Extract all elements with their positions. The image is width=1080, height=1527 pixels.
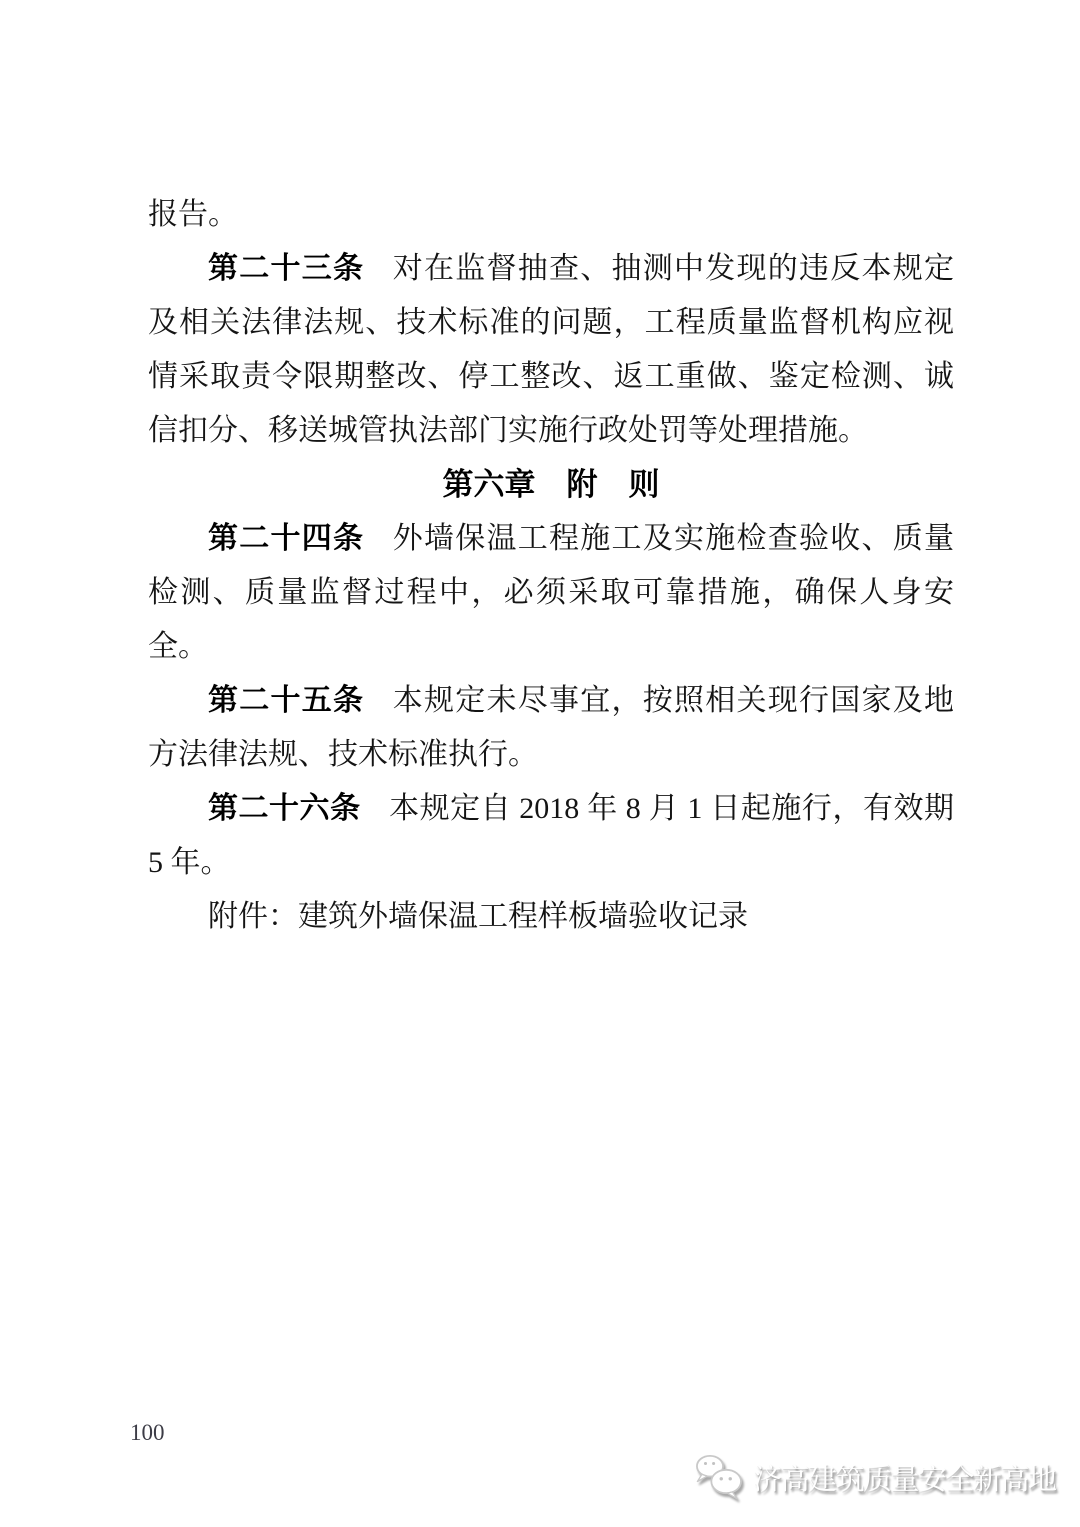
chapter-heading: 第六章 附 则 <box>148 458 954 512</box>
article-25-term: 第二十五条 <box>208 684 364 717</box>
article-23-term: 第二十三条 <box>208 252 364 285</box>
article-26-term: 第二十六条 <box>208 792 361 825</box>
article-23: 第二十三条对在监督抽查、抽测中发现的违反本规定及相关法律法规、技术标准的问题，工… <box>148 242 954 458</box>
article-25: 第二十五条本规定未尽事宜，按照相关现行国家及地方法律法规、技术标准执行。 <box>148 674 954 782</box>
article-26: 第二十六条本规定自 2018 年 8 月 1 日起施行，有效期 5 年。 <box>148 782 954 890</box>
article-24: 第二十四条外墙保温工程施工及实施检查验收、质量检测、质量监督过程中，必须采取可靠… <box>148 512 954 674</box>
document-text-block: 报告。 第二十三条对在监督抽查、抽测中发现的违反本规定及相关法律法规、技术标准的… <box>148 188 954 944</box>
wechat-icon <box>692 1453 746 1501</box>
watermark-text: 济高建筑质量安全新高地 <box>753 1457 1056 1498</box>
article-24-term: 第二十四条 <box>208 522 364 555</box>
paragraph-continuation: 报告。 <box>148 188 954 242</box>
document-page: 报告。 第二十三条对在监督抽查、抽测中发现的违反本规定及相关法律法规、技术标准的… <box>0 0 1080 1527</box>
attachment-line: 附件：建筑外墙保温工程样板墙验收记录 <box>148 890 954 944</box>
watermark: 济高建筑质量安全新高地 <box>692 1450 1056 1504</box>
page-number: 100 <box>130 1420 165 1446</box>
